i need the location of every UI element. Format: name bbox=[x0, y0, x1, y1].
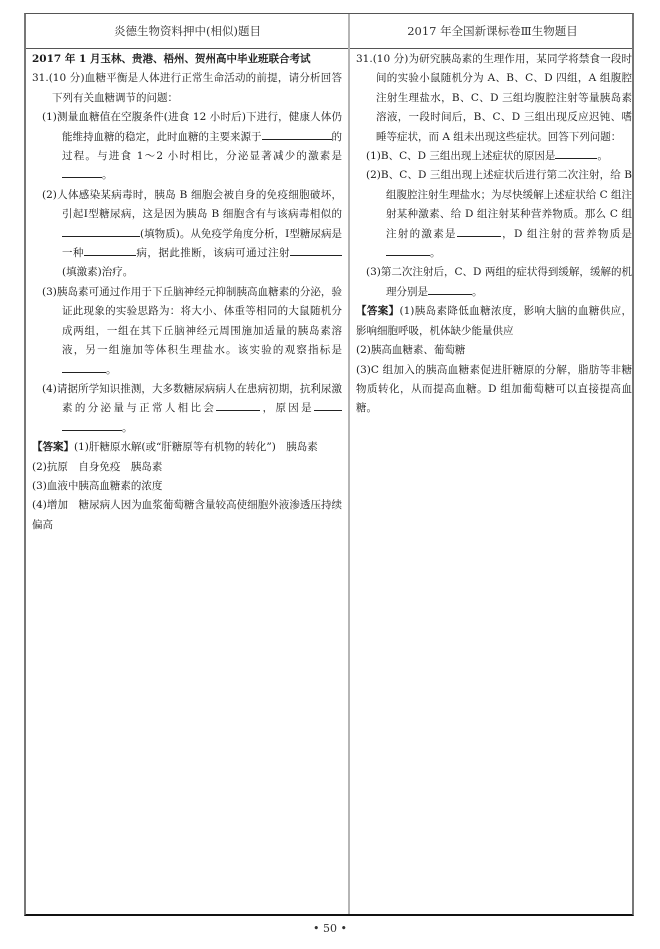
answer-blank bbox=[62, 225, 140, 237]
left-column: 2017 年 1 月玉林、贵港、梧州、贺州高中毕业班联合考试 31.(10 分)… bbox=[32, 48, 342, 535]
sub-question-2: (2)B、C、D 三组出现上述症状后进行第二次注射，给 B 组腹腔注射生理盐水；… bbox=[356, 166, 632, 263]
answer-blank bbox=[314, 399, 342, 411]
table-header: 炎德生物资料押中(相似)题目 2017 年全国新课标卷Ⅲ生物题目 bbox=[26, 14, 632, 49]
sub-question-1: (1)B、C、D 三组出现上述症状的原因是。 bbox=[356, 147, 632, 166]
answer-line-3: (3)血液中胰高血糖素的浓度 bbox=[32, 477, 342, 496]
answer-blank bbox=[428, 283, 472, 295]
answer-line-4: (4)增加 糖尿病人因为血浆葡萄糖含量较高使细胞外液渗透压持续偏高 bbox=[32, 496, 342, 535]
left-column-title: 炎德生物资料押中(相似)题目 bbox=[26, 14, 349, 48]
answer-blank bbox=[555, 147, 597, 159]
exam-source: 2017 年 1 月玉林、贵港、梧州、贺州高中毕业班联合考试 bbox=[32, 50, 342, 69]
right-column: 31.(10 分)为研究胰岛素的生理作用，某同学将禁食一段时间的实验小鼠随机分为… bbox=[356, 48, 632, 419]
answer-blank bbox=[262, 128, 304, 140]
column-divider bbox=[348, 14, 350, 914]
answer-blank bbox=[216, 399, 260, 411]
sub-question-1: (1)测量血糖值在空腹条件(进食 12 小时后)下进行，健康人体仍能维持血糖的稳… bbox=[32, 108, 342, 186]
answer-blank bbox=[62, 419, 122, 431]
answer-blank bbox=[290, 244, 342, 256]
answer-line-1: 【答案】(1)肝糖原水解(或“肝糖原等有机物的转化”) 胰岛素 bbox=[32, 438, 342, 457]
sub-question-3: (3)胰岛素可通过作用于下丘脑神经元抑制胰高血糖素的分泌，验证此现象的实验思路为… bbox=[32, 283, 342, 380]
answer-blank bbox=[304, 128, 332, 140]
answer-line-1: 【答案】(1)胰岛素降低血糖浓度，影响大脑的血糖供应，影响细胞呼吸，机体缺少能量… bbox=[356, 302, 632, 341]
question-intro: 31.(10 分)血糖平衡是人体进行正常生命活动的前提，请分析回答下列有关血糖调… bbox=[32, 69, 342, 108]
answer-line-2: (2)抗原 自身免疫 胰岛素 bbox=[32, 458, 342, 477]
answer-blank bbox=[386, 244, 430, 256]
right-column-title: 2017 年全国新课标卷Ⅲ生物题目 bbox=[351, 14, 634, 48]
answer-blank bbox=[62, 166, 102, 178]
sub-question-2: (2)人体感染某病毒时，胰岛 B 细胞会被自身的免疫细胞破坏，引起Ⅰ型糖尿病，这… bbox=[32, 186, 342, 283]
answer-blank bbox=[62, 361, 106, 373]
comparison-table: 炎德生物资料押中(相似)题目 2017 年全国新课标卷Ⅲ生物题目 2017 年 … bbox=[24, 13, 634, 916]
answer-blank bbox=[457, 225, 501, 237]
answer-line-3: (3)C 组加入的胰高血糖素促进肝糖原的分解，脂肪等非糖物质转化，从而提高血糖。… bbox=[356, 361, 632, 419]
sub-question-4: (4)请据所学知识推测，大多数糖尿病病人在患病初期，抗利尿激素的分泌量与正常人相… bbox=[32, 380, 342, 438]
answer-blank bbox=[84, 244, 136, 256]
sub-question-3: (3)第二次注射后，C、D 两组的症状得到缓解，缓解的机理分别是。 bbox=[356, 263, 632, 302]
page-number: • 50 • bbox=[0, 922, 660, 935]
answer-line-2: (2)胰高血糖素、葡萄糖 bbox=[356, 341, 632, 360]
question-intro: 31.(10 分)为研究胰岛素的生理作用，某同学将禁食一段时间的实验小鼠随机分为… bbox=[356, 50, 632, 147]
